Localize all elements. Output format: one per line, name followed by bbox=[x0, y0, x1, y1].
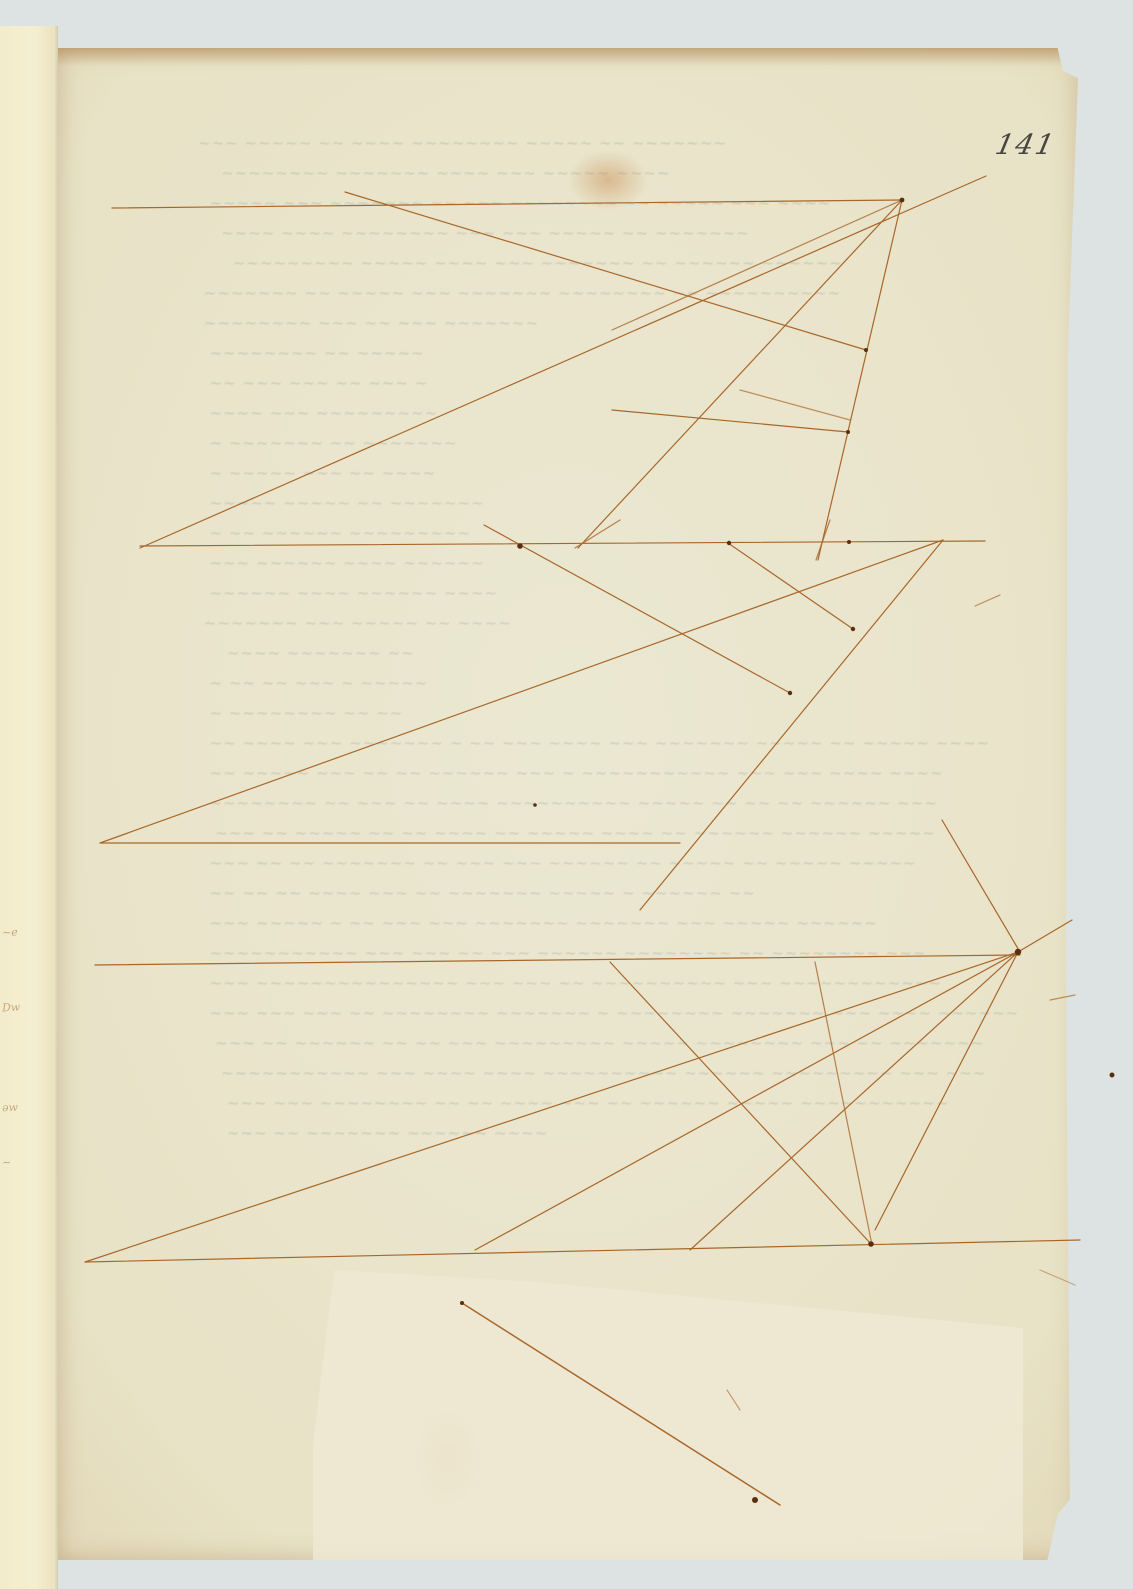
geometric-drawings bbox=[0, 0, 1133, 1589]
figure-1 bbox=[112, 176, 986, 560]
figure-2 bbox=[100, 520, 1000, 910]
figure-3 bbox=[85, 820, 1080, 1262]
figure-4 bbox=[462, 1270, 1075, 1505]
construction-points bbox=[460, 198, 1115, 1503]
